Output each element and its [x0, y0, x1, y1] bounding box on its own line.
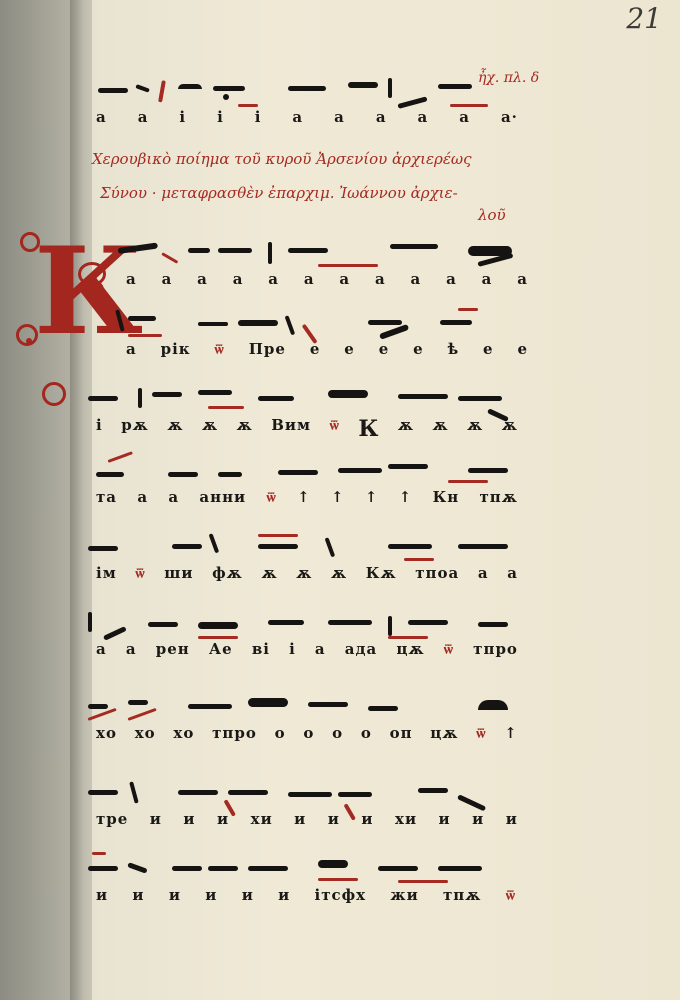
syllable: рік — [161, 340, 191, 359]
arrow-mark: ↑ — [365, 488, 379, 507]
syllable: тпѫ — [443, 886, 481, 905]
syllable: а — [197, 270, 208, 288]
syllable-row: и и и и и и ітсфх жи тпѫ ѿ — [88, 886, 526, 905]
arrow-mark: ↑ — [331, 488, 345, 507]
syllable: а — [339, 270, 350, 288]
notation-line-7: а а рен Ае ві і а ада цѫ ѿ тпро — [88, 606, 528, 659]
syllable: ѫ — [261, 564, 277, 583]
syllable-row: а рік ѿ Пре е е е е ѣ е е — [118, 340, 538, 359]
syllable: и — [169, 886, 181, 905]
syllable: жи — [390, 886, 418, 905]
syllable: о — [332, 724, 343, 743]
syllable-row: ім ѿ ши фѫ ѫ ѫ ѫ Кѫ тпоа а а — [88, 564, 528, 583]
syllable: ѫ — [237, 416, 253, 442]
syllable: а· — [501, 108, 518, 126]
neume-row — [88, 454, 528, 488]
syllable: а — [315, 640, 326, 659]
notation-line-6: ім ѿ ши фѫ ѫ ѫ ѫ Кѫ тпоа а а — [88, 530, 528, 583]
syllable-red: ѿ — [506, 886, 516, 905]
arrow-mark: ↑ — [399, 488, 413, 507]
decorated-initial: К — [20, 232, 100, 362]
syllable: а — [478, 564, 489, 583]
syllable: ѫ — [296, 564, 312, 583]
manuscript-page: 21 ἦχ. πλ. δ а а і і і а а а — [0, 0, 680, 1000]
syllable-row: і рѫ ѫ ѫ ѫ Вим ѿ К ѫ ѫ ѫ ѫ — [88, 416, 528, 442]
notation-line-9: тре и и и хи и и и хи и и и — [88, 776, 528, 828]
syllable: тпро — [473, 640, 518, 659]
neume-row — [88, 530, 528, 564]
syllable: е — [344, 340, 355, 359]
syllable: ѫ — [398, 416, 414, 442]
neume-row — [88, 606, 528, 640]
syllable: а — [418, 108, 429, 126]
syllable-row: а а рен Ае ві і а ада цѫ ѿ тпро — [88, 640, 528, 659]
syllable-row: а а а а а а а а а а а а — [118, 270, 538, 288]
syllable: а — [168, 488, 179, 507]
neume-row — [88, 776, 528, 810]
syllable-row: та а а анни ѿ ↑ ↑ ↑ ↑ Кн тпѫ — [88, 488, 528, 507]
syllable-row: хо хо хо тпро о о о о оп цѫ ѿ ↑ — [88, 724, 528, 743]
arrow-mark: ↑ — [297, 488, 311, 507]
syllable: хо — [96, 724, 117, 743]
syllable: ітсфх — [315, 886, 367, 905]
notation-line-4: і рѫ ѫ ѫ ѫ Вим ѿ К ѫ ѫ ѫ ѫ — [88, 382, 528, 442]
syllable: Вим — [271, 416, 311, 442]
syllable: а — [126, 340, 137, 359]
syllable: рѫ — [121, 416, 149, 442]
syllable: и — [328, 810, 340, 828]
syllable-red: ѿ — [135, 564, 145, 583]
syllable-red: ѿ — [330, 416, 340, 442]
syllable: ѫ — [331, 564, 347, 583]
syllable: ѫ — [467, 416, 483, 442]
syllable: хи — [251, 810, 273, 828]
syllable: тпѫ — [479, 488, 517, 507]
syllable: оп — [390, 724, 413, 743]
syllable: а — [268, 270, 279, 288]
notation-line-1: а а і і і а а а а а а· — [88, 74, 528, 126]
syllable: е — [483, 340, 494, 359]
syllable: ада — [345, 640, 377, 659]
syllable: а — [375, 270, 386, 288]
syllable: и — [242, 886, 254, 905]
syllable: Кн — [433, 488, 460, 507]
syllable: ѫ — [432, 416, 448, 442]
syllable: о — [361, 724, 372, 743]
syllable: хо — [135, 724, 156, 743]
syllable: и — [132, 886, 144, 905]
syllable: Кѫ — [366, 564, 397, 583]
syllable: а — [411, 270, 422, 288]
syllable: фѫ — [212, 564, 243, 583]
syllable: ѫ — [202, 416, 218, 442]
arrow-mark: ↑ — [504, 724, 518, 743]
syllable: о — [275, 724, 286, 743]
syllable-red: ѿ — [215, 340, 225, 359]
syllable: і — [217, 108, 224, 126]
syllable: и — [278, 886, 290, 905]
syllable: Пре — [249, 340, 286, 359]
folio-number: 21 — [626, 2, 662, 35]
syllable: а — [96, 640, 107, 659]
syllable: рен — [156, 640, 190, 659]
syllable: и — [96, 886, 108, 905]
syllable: и — [506, 810, 518, 828]
syllable-row: а а і і і а а а а а а· — [88, 108, 528, 126]
syllable: а — [137, 488, 148, 507]
neume-row — [88, 852, 528, 886]
syllable: хо — [173, 724, 194, 743]
syllable: хи — [395, 810, 417, 828]
syllable: а — [304, 270, 315, 288]
syllable: тпро — [212, 724, 257, 743]
neume-row — [118, 306, 538, 340]
syllable: Ае — [209, 640, 233, 659]
syllable: ѣ — [448, 340, 460, 359]
syllable: о — [303, 724, 314, 743]
syllable: а — [482, 270, 493, 288]
syllable-red: ѿ — [266, 488, 276, 507]
syllable: и — [183, 810, 195, 828]
syllable: а — [233, 270, 244, 288]
syllable: а — [334, 108, 345, 126]
rubric-line-1: Χερουβικὸ ποίημα τοῦ κυροῦ Ἀρσενίου ἀρχι… — [92, 150, 472, 168]
syllable: а — [138, 108, 149, 126]
notation-line-3: а рік ѿ Пре е е е е ѣ е е — [118, 306, 538, 359]
syllable: а — [517, 270, 528, 288]
syllable: тпоа — [415, 564, 459, 583]
syllable: и — [205, 886, 217, 905]
notation-line-8: хо хо хо тпро о о о о оп цѫ ѿ ↑ — [88, 690, 528, 743]
syllable: а — [126, 640, 137, 659]
syllable: ві — [252, 640, 270, 659]
syllable: е — [517, 340, 528, 359]
syllable: ши — [164, 564, 193, 583]
syllable: а — [162, 270, 173, 288]
neume-row — [88, 74, 528, 108]
syllable: и — [294, 810, 306, 828]
neume-row — [118, 236, 538, 270]
syllable: и — [217, 810, 229, 828]
syllable: та — [96, 488, 117, 507]
syllable: а — [446, 270, 457, 288]
syllable: а — [292, 108, 303, 126]
notation-line-5: та а а анни ѿ ↑ ↑ ↑ ↑ Кн тпѫ — [88, 454, 528, 507]
syllable: і — [179, 108, 186, 126]
syllable: а — [126, 270, 137, 288]
gutter-edge — [70, 0, 84, 1000]
notation-line-2: а а а а а а а а а а а а — [118, 236, 538, 288]
syllable: а — [96, 108, 107, 126]
syllable: и — [361, 810, 373, 828]
rubric-line-3: λοῦ — [478, 206, 506, 224]
syllable: цѫ — [396, 640, 424, 659]
syllable: а — [507, 564, 518, 583]
syllable: і — [255, 108, 262, 126]
syllable-red: ѿ — [444, 640, 454, 659]
syllable: анни — [199, 488, 246, 507]
syllable: а — [459, 108, 470, 126]
syllable: и — [472, 810, 484, 828]
syllable: ім — [96, 564, 117, 583]
neume-row — [88, 690, 528, 724]
syllable: і — [96, 416, 103, 442]
syllable: а — [376, 108, 387, 126]
syllable: К — [358, 416, 379, 442]
syllable: е — [413, 340, 424, 359]
syllable: цѫ — [430, 724, 458, 743]
notation-line-10: и и и и и и ітсфх жи тпѫ ѿ — [88, 852, 528, 905]
syllable-row: тре и и и хи и и и хи и и и — [88, 810, 528, 828]
syllable: и — [150, 810, 162, 828]
syllable: тре — [96, 810, 128, 828]
rubric-line-2: Σύνου · μεταφρασθὲν ἐπαρχιμ. Ἰωάννου ἀρχ… — [100, 184, 458, 202]
syllable: і — [289, 640, 296, 659]
syllable: ѫ — [167, 416, 183, 442]
neume-row — [88, 382, 528, 416]
syllable-red: ѿ — [476, 724, 486, 743]
syllable: е — [379, 340, 390, 359]
syllable: и — [439, 810, 451, 828]
